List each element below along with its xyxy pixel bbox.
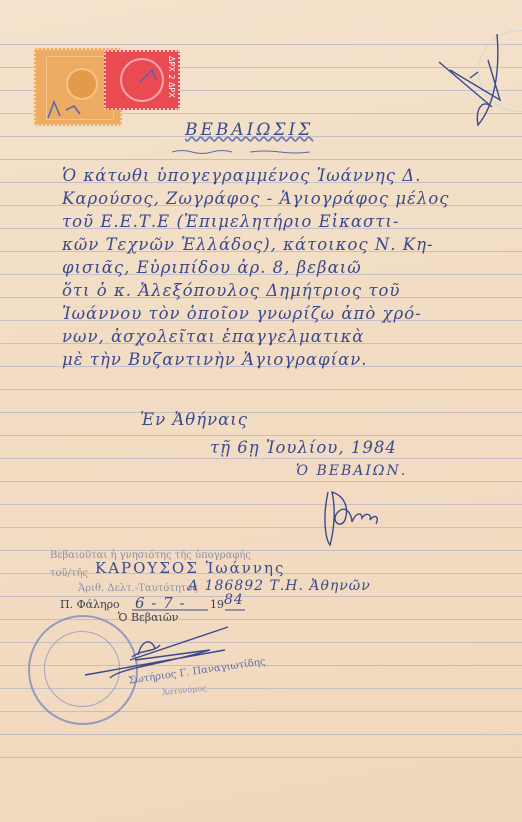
ink-strokes — [0, 0, 522, 822]
signature-icon — [325, 492, 377, 545]
officer-signature-icon — [85, 627, 228, 678]
certificate-page: ΔΡΧ 10 ΔΡΧ 2 ΔΡΧ ΒΕΒΑΙΩΣΙΣ Ὁ κάτωθι ὑπογ… — [0, 0, 522, 822]
initials-mark-icon — [439, 34, 500, 125]
cancel-mark-icon — [48, 70, 156, 118]
